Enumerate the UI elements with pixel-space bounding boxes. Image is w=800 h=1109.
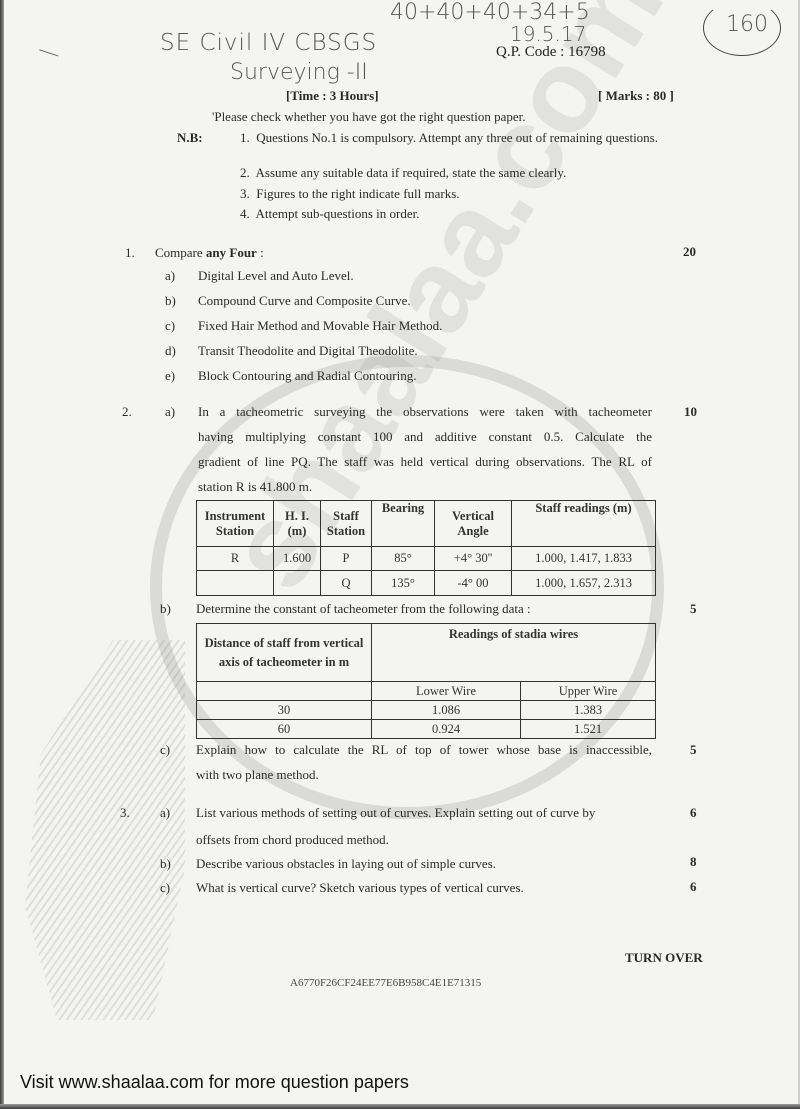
cell: 1.521 (521, 720, 656, 739)
q1-marks: 20 (683, 244, 696, 260)
q1-item-label: b) (165, 288, 176, 313)
nb-item-3: 3. Figures to the right indicate full ma… (240, 186, 460, 202)
q1-title-pre: Compare (155, 245, 206, 260)
q3a-label: a) (160, 800, 170, 825)
th-vertical-angle: Vertical Angle (435, 501, 512, 547)
q2a-line: In a tacheometric surveying the observat… (198, 399, 652, 424)
handwritten-subject: Surveying -II (230, 60, 368, 85)
nb-item-text: Attempt sub-questions in order. (256, 206, 420, 221)
table-row: 30 1.086 1.383 (197, 701, 656, 720)
nb-item-text: Questions No.1 is compulsory. Attempt an… (256, 130, 658, 145)
q2c-line: with two plane method. (196, 762, 319, 787)
cell: Q (321, 571, 372, 596)
exam-marks: [ Marks : 80 ] (598, 88, 674, 104)
cell: +4° 30'' (435, 547, 512, 571)
q1-item-label: a) (165, 263, 175, 288)
q1-number: 1. (125, 240, 135, 265)
th-bearing: Bearing (372, 501, 435, 547)
exam-time: [Time : 3 Hours] (286, 88, 379, 104)
cell: 85° (372, 547, 435, 571)
q3a-line: List various methods of setting out of c… (196, 800, 595, 825)
q2a-line: station R is 41.800 m. (198, 474, 312, 499)
nb-item-num: 3. (240, 186, 250, 201)
q3b-marks: 8 (690, 854, 697, 870)
q2b-text: Determine the constant of tacheometer fr… (196, 596, 531, 621)
nb-label: N.B: (177, 130, 203, 146)
q2-number: 2. (122, 399, 132, 424)
cell: 1.600 (274, 547, 321, 571)
th-staff-station: Staff Station (321, 501, 372, 547)
q2a-marks: 10 (684, 404, 697, 420)
scan-edge-left (0, 0, 4, 1109)
footer-visit-link[interactable]: Visit www.shaalaa.com for more question … (20, 1072, 409, 1093)
nb-item-text: Assume any suitable data if required, st… (256, 165, 567, 180)
turn-over: TURN OVER (625, 950, 703, 966)
q1-item-c: Fixed Hair Method and Movable Hair Metho… (198, 313, 442, 338)
q2a-label: a) (165, 399, 175, 424)
q2b-label: b) (160, 596, 171, 621)
q3c-line: What is vertical curve? Sketch various t… (196, 875, 524, 900)
nb-item-num: 2. (240, 165, 250, 180)
th-instrument-station: Instrument Station (197, 501, 274, 547)
nb-item-2: 2. Assume any suitable data if required,… (240, 165, 566, 181)
q1-title-bold: any Four (206, 245, 257, 260)
cell: 1.000, 1.417, 1.833 (512, 547, 656, 571)
cell: 135° (372, 571, 435, 596)
th-staff-readings: Staff readings (m) (512, 501, 656, 547)
handwritten-dash: — (35, 37, 64, 68)
table-row: R 1.600 P 85° +4° 30'' 1.000, 1.417, 1.8… (197, 547, 656, 571)
table-header-row: Distance of staff from vertical axis of … (197, 624, 656, 682)
cell: 0.924 (372, 720, 521, 739)
security-pattern (25, 640, 185, 1020)
q3c-label: c) (160, 875, 170, 900)
hash-code: A6770F26CF24EE77E6B958C4E1E71315 (290, 977, 481, 989)
q1-item-e: Block Contouring and Radial Contouring. (198, 363, 416, 388)
th-hi: H. I. (m) (274, 501, 321, 547)
cell (197, 571, 274, 596)
nb-item-1: 1. Questions No.1 is compulsory. Attempt… (240, 127, 660, 148)
q3a-marks: 6 (690, 805, 697, 821)
table-subheader-row: Lower Wire Upper Wire (197, 682, 656, 701)
stadia-table: Distance of staff from vertical axis of … (196, 623, 656, 739)
cell: 30 (197, 701, 372, 720)
cell: R (197, 547, 274, 571)
q2c-label: c) (160, 737, 170, 762)
cell-empty (197, 682, 372, 701)
nb-item-num: 4. (240, 206, 250, 221)
nb-item-4: 4. Attempt sub-questions in order. (240, 206, 419, 222)
cell: 60 (197, 720, 372, 739)
q1-title: Compare any Four : (155, 240, 264, 265)
handwritten-total: 160 (726, 12, 768, 37)
q3b-label: b) (160, 851, 171, 876)
q2c-line: Explain how to calculate the RL of top o… (196, 737, 652, 762)
tacheometry-table: Instrument Station H. I. (m) Staff Stati… (196, 500, 656, 596)
q1-item-d: Transit Theodolite and Digital Theodolit… (198, 338, 418, 363)
q3a-line: offsets from chord produced method. (196, 827, 389, 852)
q1-item-a: Digital Level and Auto Level. (198, 263, 354, 288)
q2a-line: gradient of line PQ. The staff was held … (198, 449, 652, 474)
q3b-line: Describe various obstacles in laying out… (196, 851, 496, 876)
q2a-line: having multiplying constant 100 and addi… (198, 424, 652, 449)
q1-item-label: e) (165, 363, 175, 388)
handwritten-date: 19.5.17 (510, 22, 586, 46)
nb-item-text: Figures to the right indicate full marks… (256, 186, 459, 201)
th-lower-wire: Lower Wire (372, 682, 521, 701)
cell: 1.383 (521, 701, 656, 720)
cell: P (321, 547, 372, 571)
check-note: 'Please check whether you have got the r… (212, 109, 526, 125)
qp-code: Q.P. Code : 16798 (496, 44, 606, 61)
q1-title-post: : (257, 245, 264, 260)
q1-item-label: c) (165, 313, 175, 338)
handwritten-course: SE Civil IV CBSGS (160, 30, 377, 56)
th-distance: Distance of staff from vertical axis of … (197, 624, 372, 682)
scan-edge-bottom (0, 1104, 800, 1109)
cell: -4° 00 (435, 571, 512, 596)
q2c-marks: 5 (690, 742, 697, 758)
q1-item-b: Compound Curve and Composite Curve. (198, 288, 411, 313)
table-row: 60 0.924 1.521 (197, 720, 656, 739)
nb-item-num: 1. (240, 130, 250, 145)
q1-item-label: d) (165, 338, 176, 363)
q3-number: 3. (120, 800, 130, 825)
cell (274, 571, 321, 596)
cell: 1.086 (372, 701, 521, 720)
cell: 1.000, 1.657, 2.313 (512, 571, 656, 596)
th-upper-wire: Upper Wire (521, 682, 656, 701)
table-header-row: Instrument Station H. I. (m) Staff Stati… (197, 501, 656, 547)
q2b-marks: 5 (690, 601, 697, 617)
table-row: Q 135° -4° 00 1.000, 1.657, 2.313 (197, 571, 656, 596)
q3c-marks: 6 (690, 879, 697, 895)
th-readings: Readings of stadia wires (372, 624, 656, 682)
